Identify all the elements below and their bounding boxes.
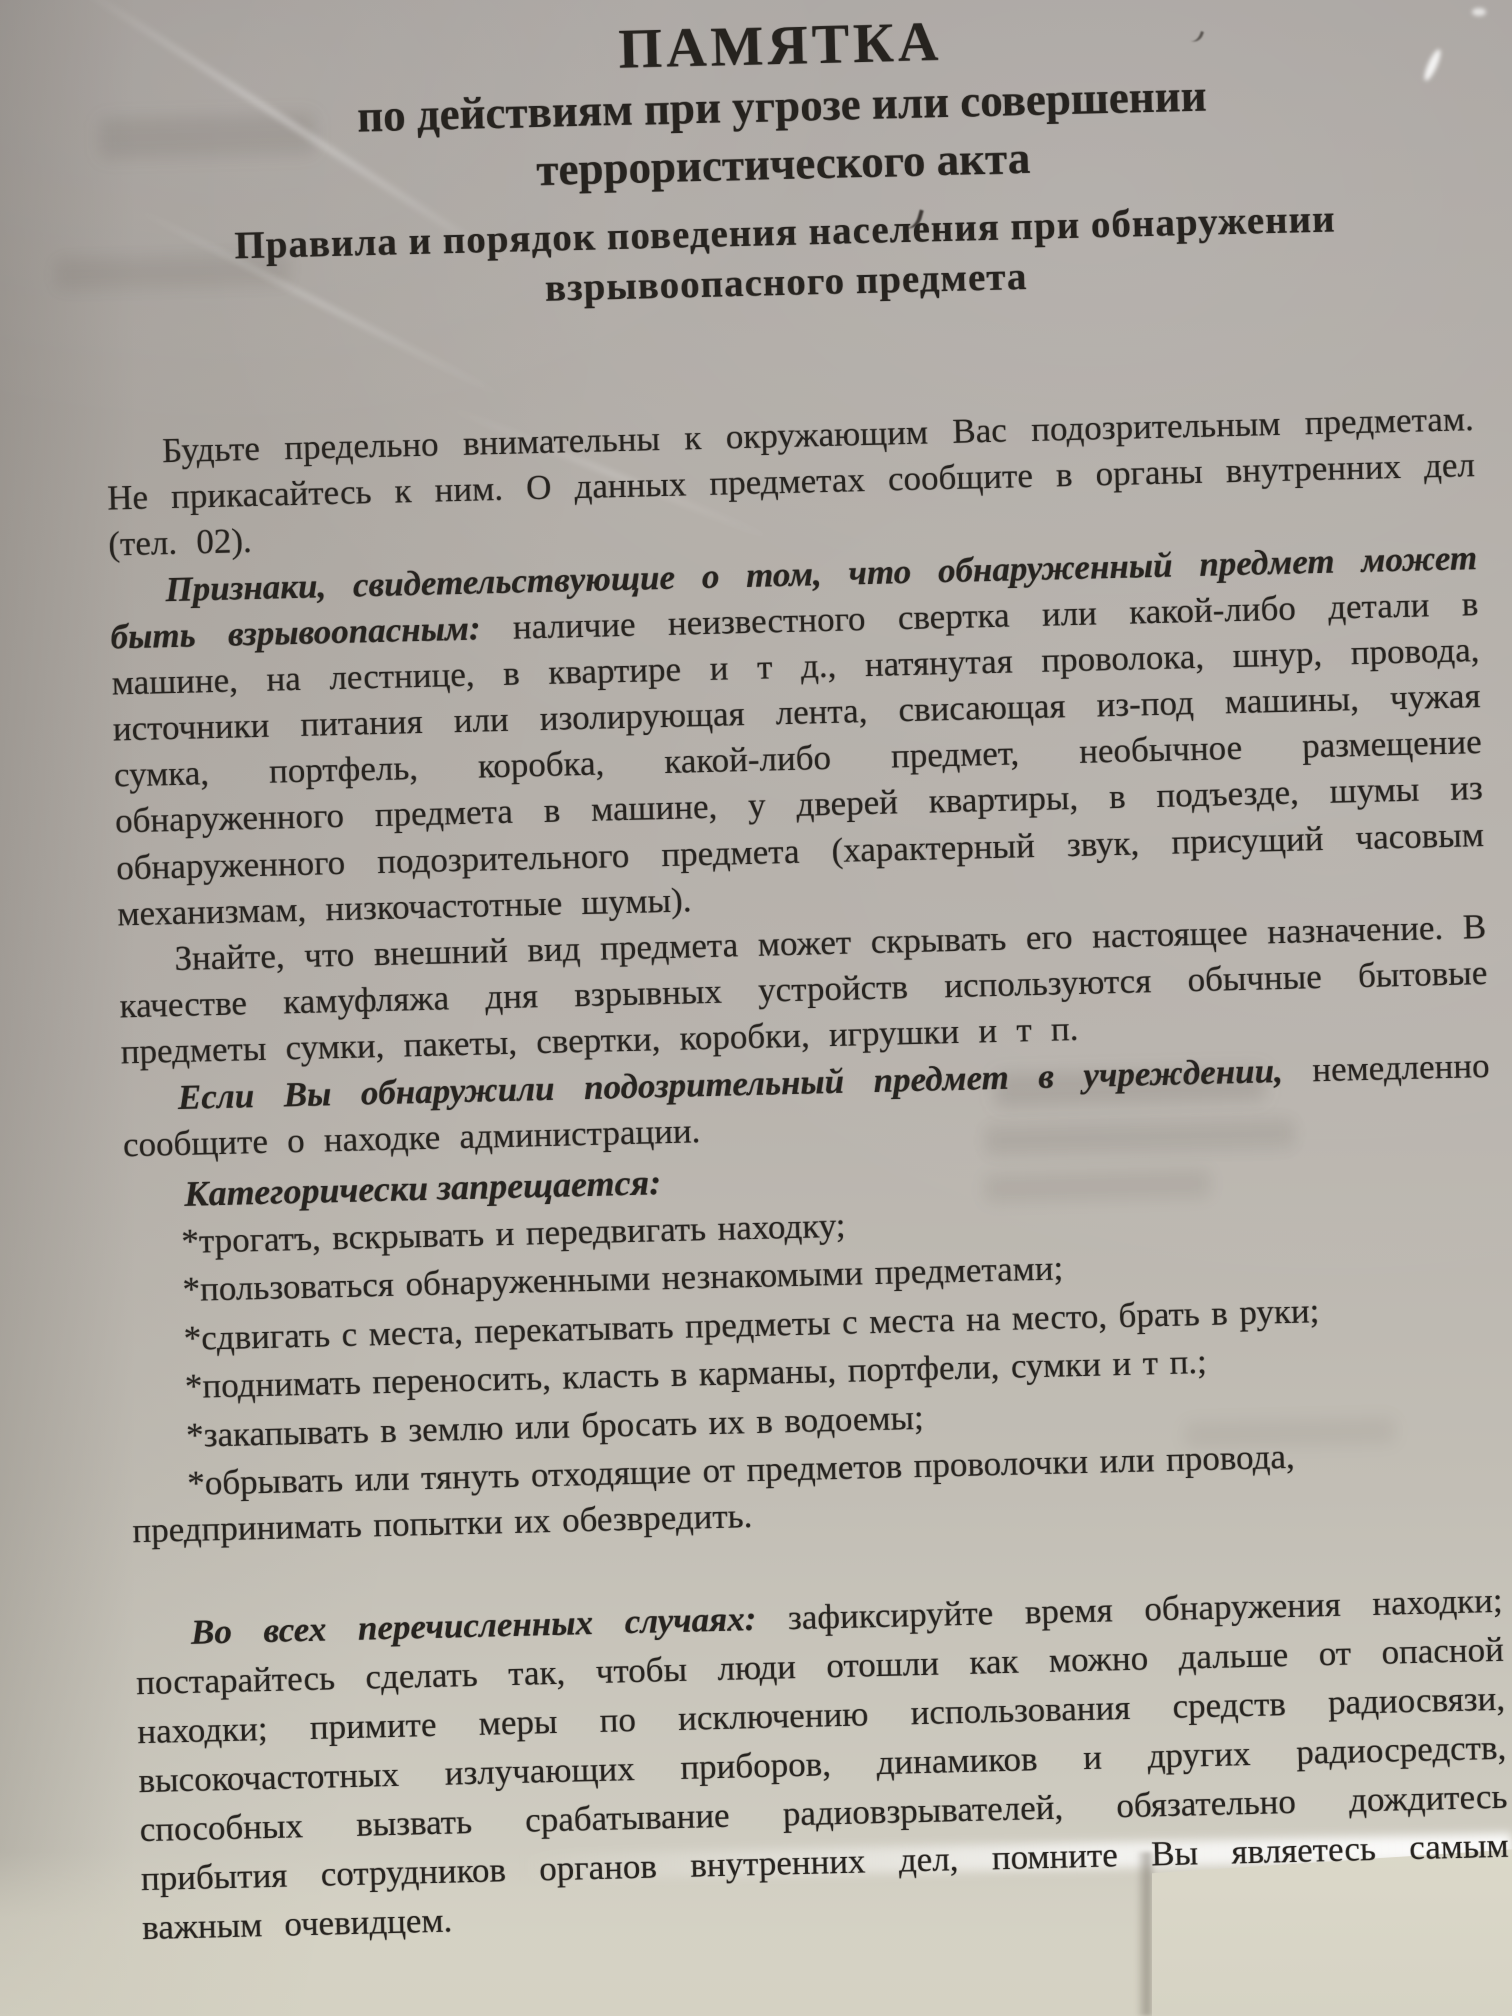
- glare-glint: [1472, 8, 1486, 16]
- doc-subtitle: по действиям при угрозе или совершении т…: [286, 66, 1279, 205]
- all-cases-lead-text: Во всех перечисленных случаях:: [191, 1600, 757, 1653]
- document-sheet: ПАМЯТКА по действиям при угрозе или сове…: [95, 0, 1510, 1953]
- paragraph-all-cases: Во всех перечисленных случаях: зафиксиру…: [134, 1576, 1510, 1952]
- prohibited-list: *трогатъ, вскрывать и передвигать находк…: [125, 1187, 1501, 1554]
- paragraph-signs: Признаки, свидетельствующие о том, что о…: [109, 535, 1486, 938]
- photo-of-document: ПАМЯТКА по действиям при угрозе или сове…: [0, 0, 1512, 2016]
- doc-section-heading: Правила и порядок поведения населения пр…: [215, 194, 1357, 323]
